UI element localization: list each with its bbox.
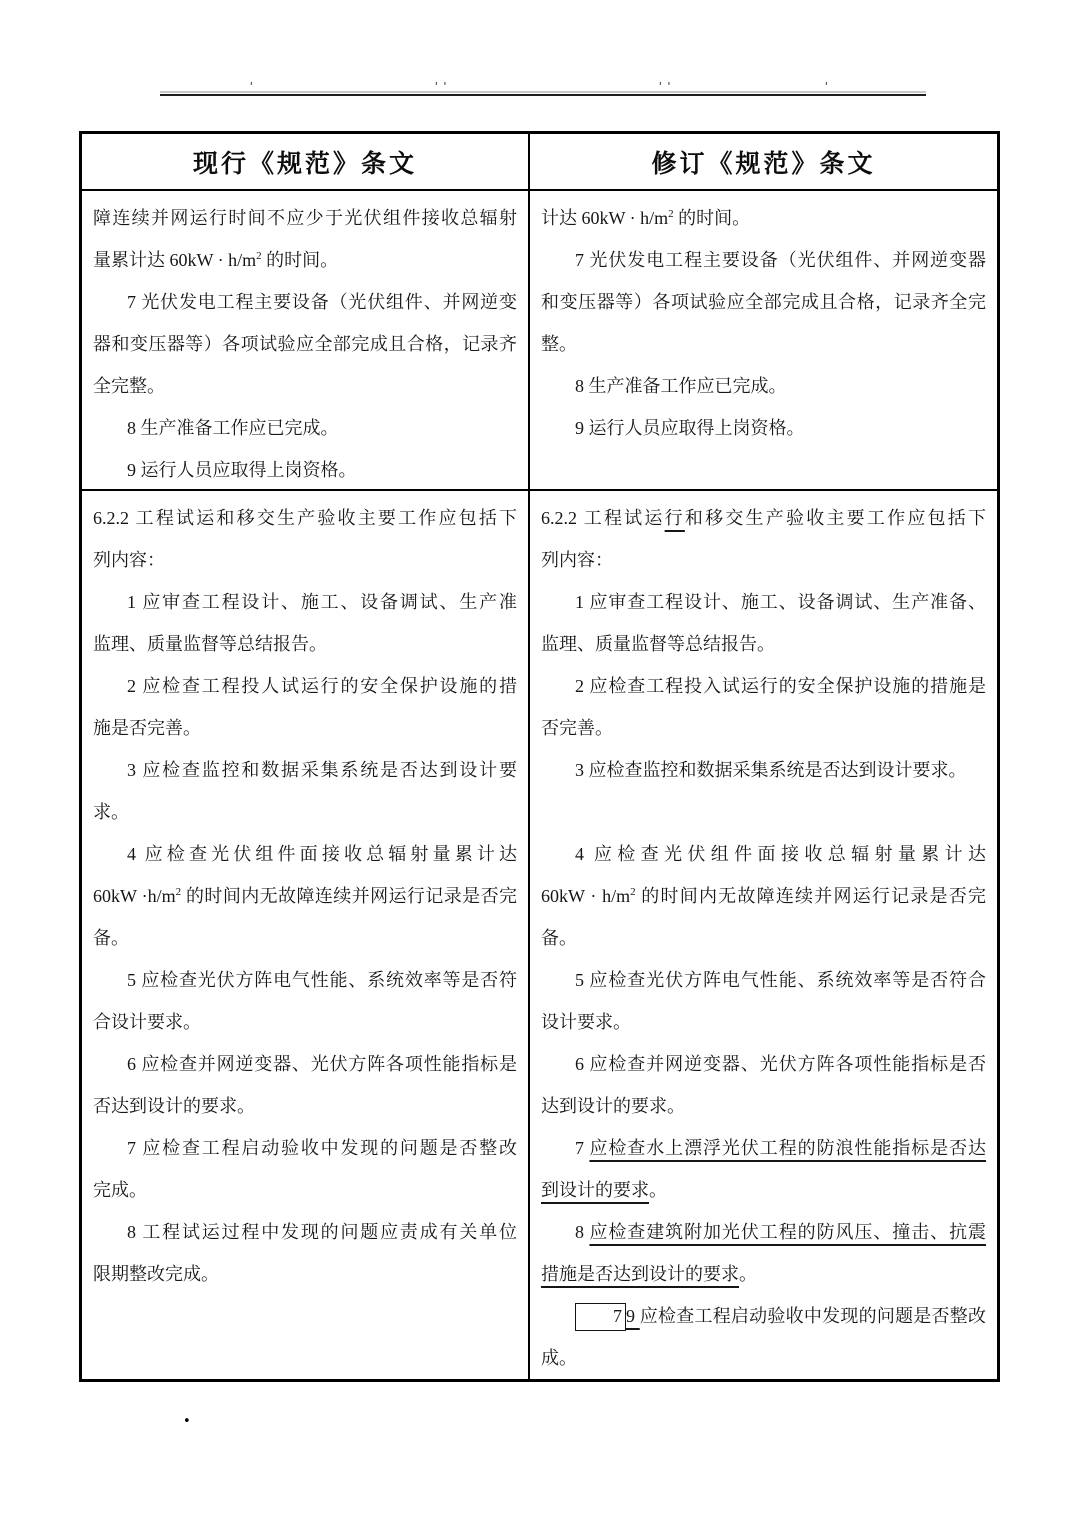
inserted-text: 应检查建筑附加光伏工程的防风压、撞击、抗震 — [589, 1222, 986, 1242]
text-segment: 8 工程试运过程中发现的问题应责成有关单位 — [127, 1222, 517, 1242]
text-segment: 量累计达 60kW · h/m — [93, 250, 256, 270]
inserted-text: 措施是否达到设计的要求 — [541, 1264, 739, 1284]
text-line: 和变压器等）各项试验应全部完成且合格，记录齐全完 — [541, 281, 986, 323]
text-segment: 3 应检查监控和数据采集系统是否达到设计要求。 — [575, 760, 967, 780]
text-segment: 5 应检查光伏方阵电气性能、系统效率等是否符合 — [575, 970, 986, 990]
text-line: 否完善。 — [541, 707, 986, 749]
text-segment: 2 应检查工程投人试运行的安全保护设施的措 — [127, 676, 517, 696]
footer-dot: • — [183, 1414, 191, 1429]
text-segment: 60kW · h/m — [541, 886, 630, 906]
header-artifact-mark: '' — [657, 80, 674, 93]
text-segment: 的时间。 — [262, 250, 339, 270]
inserted-text: 应检查水上漂浮光伏工程的防浪性能指标是否达 — [589, 1138, 986, 1158]
text-line: 到设计的要求。 — [541, 1169, 986, 1211]
text-segment: 8 — [575, 1222, 589, 1242]
text-segment: 监理、质量监督等总结报告。 — [541, 634, 775, 654]
text-line: 达到设计的要求。 — [541, 1085, 986, 1127]
text-line: 备。 — [541, 917, 986, 959]
text-segment: 8 生产准备工作应已完成。 — [575, 376, 787, 396]
blank-line — [541, 791, 986, 833]
text-segment: 求。 — [93, 802, 129, 822]
cell-revised-row1: 计达 60kW · h/m2 的时间。7 光伏发电工程主要设备（光伏组件、并网逆… — [530, 191, 997, 491]
text-line: 求。 — [93, 791, 517, 833]
text-line: 完成。 — [93, 1169, 517, 1211]
text-segment: 1 应审查工程设计、施工、设备调试、生产准备、 — [575, 592, 986, 612]
text-line: 设计要求。 — [541, 1001, 986, 1043]
text-segment: 5 应检查光伏方阵电气性能、系统效率等是否符 — [127, 970, 517, 990]
text-segment: 1 应审查工程设计、施工、设备调试、生产准备、 — [93, 592, 517, 623]
text-line: 79 应检查工程启动验收中发现的问题是否整改完 — [541, 1295, 986, 1337]
text-line: 措施是否达到设计的要求。 — [541, 1253, 986, 1295]
text-segment: 9 运行人员应取得上岗资格。 — [127, 460, 357, 480]
text-segment: 7 应检查工程启动验收中发现的问题是否整改 — [127, 1138, 517, 1158]
text-segment: 全完整。 — [93, 376, 165, 396]
text-segment: 否达到设计的要求。 — [93, 1096, 255, 1116]
header-artifact-mark: ' — [823, 80, 832, 93]
text-line: 7 应检查水上漂浮光伏工程的防浪性能指标是否达 — [541, 1127, 986, 1169]
text-segment: 7 光伏发电工程主要设备（光伏组件、并网逆变器 — [575, 250, 986, 270]
text-segment: 备。 — [541, 928, 577, 948]
text-segment: 和变压器等）各项试验应全部完成且合格，记录齐全完 — [541, 292, 986, 312]
text-segment: 监理、质量监督等总结报告。 — [93, 634, 327, 654]
text-line: 8 应检查建筑附加光伏工程的防风压、撞击、抗震 — [541, 1211, 986, 1253]
text-segment: 4 应检查光伏组件面接收总辐射量累计达 — [127, 844, 517, 864]
text-line: 6 应检查并网逆变器、光伏方阵各项性能指标是否 — [541, 1043, 986, 1085]
text-segment: 成。 — [541, 1348, 577, 1368]
table-header-current-provision: 现行《规范》条文 — [82, 134, 530, 191]
text-line: 9 运行人员应取得上岗资格。 — [93, 449, 517, 491]
text-line: 5 应检查光伏方阵电气性能、系统效率等是否符 — [93, 959, 517, 1001]
text-line: 6.2.2 工程试运和移交生产验收主要工作应包括下 — [93, 497, 517, 539]
text-line: 7 光伏发电工程主要设备（光伏组件、并网逆变器 — [541, 239, 986, 281]
text-line: 限期整改完成。 — [93, 1253, 517, 1295]
text-segment: 整。 — [541, 334, 577, 354]
text-line: 8 工程试运过程中发现的问题应责成有关单位 — [93, 1211, 517, 1253]
text-line: 1 应审查工程设计、施工、设备调试、生产准备、 — [541, 581, 986, 623]
text-line: 8 生产准备工作应已完成。 — [541, 365, 986, 407]
text-line: 合设计要求。 — [93, 1001, 517, 1043]
text-segment: 的时间。 — [674, 208, 751, 228]
text-segment: 达到设计的要求。 — [541, 1096, 685, 1116]
text-line: 4 应检查光伏组件面接收总辐射量累计达 — [541, 833, 986, 875]
text-segment: 备。 — [93, 928, 129, 948]
inserted-text: 行 — [665, 508, 685, 528]
text-segment: 列内容： — [541, 550, 613, 570]
text-line: 量累计达 60kW · h/m2 的时间。 — [93, 239, 517, 281]
cell-revised-row2: 6.2.2 工程试运行和移交生产验收主要工作应包括下列内容：1 应审查工程设计、… — [530, 491, 997, 1379]
text-line: 6.2.2 工程试运行和移交生产验收主要工作应包括下 — [541, 497, 986, 539]
text-line: 4 应检查光伏组件面接收总辐射量累计达 — [93, 833, 517, 875]
text-line: 2 应检查工程投入试运行的安全保护设施的措施是 — [541, 665, 986, 707]
text-line: 监理、质量监督等总结报告。 — [93, 623, 517, 665]
text-segment: 2 应检查工程投入试运行的安全保护设施的措施是 — [575, 676, 986, 696]
text-line: 施是否完善。 — [93, 707, 517, 749]
text-line: 整。 — [541, 323, 986, 365]
text-segment: 6 应检查并网逆变器、光伏方阵各项性能指标是否 — [575, 1054, 986, 1074]
text-line: 列内容： — [93, 539, 517, 581]
text-segment: 。 — [649, 1180, 667, 1200]
text-segment: 7 — [575, 1138, 589, 1158]
text-line: 5 应检查光伏方阵电气性能、系统效率等是否符合 — [541, 959, 986, 1001]
text-segment: 6 应检查并网逆变器、光伏方阵各项性能指标是 — [127, 1054, 517, 1074]
text-segment: 障连续并网运行时间不应少于光伏组件接收总辐射 — [93, 208, 517, 228]
text-segment: 合设计要求。 — [93, 1012, 201, 1032]
text-segment: 。 — [739, 1264, 757, 1284]
inserted-text: 9 — [626, 1306, 640, 1326]
document-page: '''''' 现行《规范》条文 修订《规范》条文 障连续并网运行时间不应少于光伏… — [0, 0, 1080, 1528]
header-artifact-mark: ' — [248, 80, 257, 93]
text-segment: 7 光伏发电工程主要设备（光伏组件、并网逆变 — [127, 292, 517, 312]
text-line: 备。 — [93, 917, 517, 959]
text-segment: 施是否完善。 — [93, 718, 201, 738]
text-segment: 6.2.2 工程试运和移交生产验收主要工作应包括下 — [93, 508, 517, 528]
text-line: 成。 — [541, 1337, 986, 1379]
text-segment: 否完善。 — [541, 718, 613, 738]
text-line: 否达到设计的要求。 — [93, 1085, 517, 1127]
text-segment: 6.2.2 工程试运 — [541, 508, 665, 528]
text-line: 60kW · h/m2 的时间内无故障连续并网运行记录是否完 — [541, 875, 986, 917]
cell-current-row2: 6.2.2 工程试运和移交生产验收主要工作应包括下列内容：1 应审查工程设计、施… — [82, 491, 530, 1379]
comparison-table: 现行《规范》条文 修订《规范》条文 障连续并网运行时间不应少于光伏组件接收总辐射… — [79, 131, 1000, 1382]
text-line: 7 应检查工程启动验收中发现的问题是否整改 — [93, 1127, 517, 1169]
text-segment: 和移交生产验收主要工作应包括下 — [685, 508, 986, 528]
text-line: 器和变压器等）各项试验应全部完成且合格，记录齐 — [93, 323, 517, 365]
deleted-number-box: 7 — [575, 1303, 626, 1331]
text-segment: 设计要求。 — [541, 1012, 631, 1032]
text-line: 全完整。 — [93, 365, 517, 407]
text-segment: 4 应检查光伏组件面接收总辐射量累计达 — [575, 844, 986, 864]
text-segment: 9 运行人员应取得上岗资格。 — [575, 418, 805, 438]
text-line: 列内容： — [541, 539, 986, 581]
text-segment: 限期整改完成。 — [93, 1264, 219, 1284]
table-header-revised-provision: 修订《规范》条文 — [530, 134, 997, 191]
text-line: 计达 60kW · h/m2 的时间。 — [541, 197, 986, 239]
text-line: 监理、质量监督等总结报告。 — [541, 623, 986, 665]
text-line: 3 应检查监控和数据采集系统是否达到设计要 — [93, 749, 517, 791]
text-line: 7 光伏发电工程主要设备（光伏组件、并网逆变 — [93, 281, 517, 323]
text-line: 6 应检查并网逆变器、光伏方阵各项性能指标是 — [93, 1043, 517, 1085]
text-line: 障连续并网运行时间不应少于光伏组件接收总辐射 — [93, 197, 517, 239]
text-line: 8 生产准备工作应已完成。 — [93, 407, 517, 449]
text-segment: 计达 60kW · h/m — [541, 208, 668, 228]
text-line: 60kW ·h/m2 的时间内无故障连续并网运行记录是否完 — [93, 875, 517, 917]
header-artifact-mark: '' — [433, 80, 450, 93]
text-segment: 的时间内无故障连续并网运行记录是否完 — [181, 886, 517, 906]
text-line: 9 运行人员应取得上岗资格。 — [541, 407, 986, 449]
text-segment: 3 应检查监控和数据采集系统是否达到设计要 — [127, 760, 517, 780]
text-line: 2 应检查工程投人试运行的安全保护设施的措 — [93, 665, 517, 707]
text-line: 3 应检查监控和数据采集系统是否达到设计要求。 — [541, 749, 986, 791]
text-line: 1 应审查工程设计、施工、设备调试、生产准备、 — [93, 581, 517, 623]
cell-current-row1: 障连续并网运行时间不应少于光伏组件接收总辐射量累计达 60kW · h/m2 的… — [82, 191, 530, 491]
text-segment: 8 生产准备工作应已完成。 — [127, 418, 339, 438]
text-segment: 器和变压器等）各项试验应全部完成且合格，记录齐 — [93, 334, 517, 354]
text-segment: 的时间内无故障连续并网运行记录是否完 — [636, 886, 986, 906]
text-segment: 60kW ·h/m — [93, 886, 176, 906]
page-header-rule — [160, 94, 926, 96]
inserted-text: 到设计的要求 — [541, 1180, 649, 1200]
text-segment: 完成。 — [93, 1180, 147, 1200]
text-segment: 列内容： — [93, 550, 165, 570]
